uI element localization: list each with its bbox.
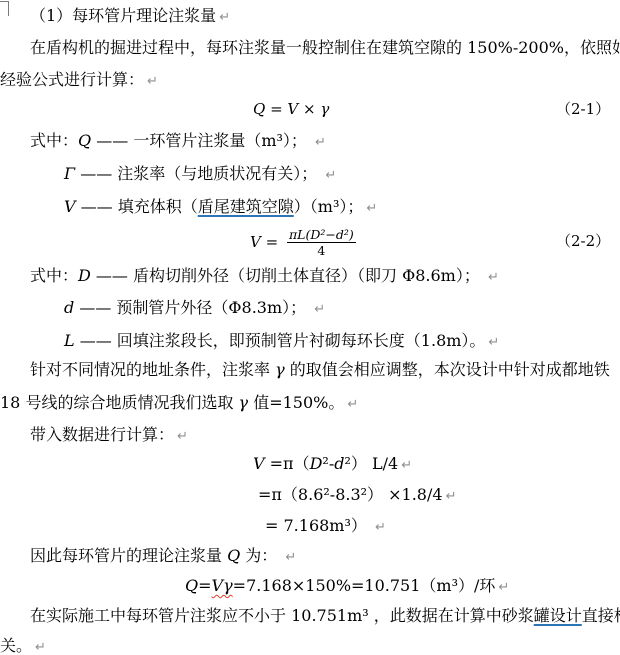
paragraph-line: 因此每环管片的理论注浆量 Q 为： ↵ (30, 545, 296, 569)
paragraph-line: 带入数据进行计算：↵ (30, 424, 188, 448)
paragraph-text: 值=150%。 (248, 393, 344, 412)
formula-2-1: Q = V × γ (253, 98, 329, 120)
paragraph-mark-icon: ↵ (446, 489, 457, 504)
section-heading: （1）每环管片理论注浆量↵ (30, 5, 230, 29)
formula-operator: × (298, 100, 320, 118)
definition-text: —— 回填注浆段长，即预制管片衬砌每环长度（1.8m）。 (75, 331, 486, 350)
formula-text: ²） L/4 (344, 454, 398, 473)
grammar-underlined-text: 盾尾建筑空隙 (198, 197, 294, 216)
paragraph-line: 关。↵ (0, 635, 46, 655)
formula-text: =7.168×150%=10.751（m³）/环 (233, 576, 496, 595)
definition-variable: Γ (64, 164, 75, 183)
equation-number: （2-1） (556, 98, 610, 119)
grammar-underlined-text: 罐设计 (534, 606, 582, 625)
fraction-numerator: πL(D²−d²) (287, 228, 356, 243)
formula-variable: V (287, 100, 298, 118)
definition-line: V —— 填充体积（盾尾建筑空隙）（m³）；↵ (64, 196, 377, 220)
formula-operator: = (261, 231, 283, 253)
paragraph-text: 关。 (0, 636, 32, 655)
paragraph-text: 带入数据进行计算： (30, 425, 174, 444)
paragraph-text: 的取值会相应调整，本次设计中针对成都地铁 (285, 360, 610, 379)
definition-text: —— 填充体积（ (76, 197, 198, 216)
definition-variable: V (64, 197, 76, 216)
definition-text: —— 注浆率（与地质状况有关）； (75, 164, 322, 183)
formula-variable: Q (253, 100, 265, 118)
heading-text: （1）每环管片理论注浆量 (30, 6, 216, 25)
definition-variable: D (78, 266, 91, 285)
paragraph-line: 经验公式进行计算：↵ (0, 69, 158, 93)
formula-operator: = (198, 576, 211, 595)
paragraph-mark-icon: ↵ (147, 74, 158, 89)
definition-text: ）（m³）； (294, 197, 364, 216)
result-formula-line: Q=Vγ=7.168×150%=10.751（m³）/环↵ (185, 575, 509, 599)
text-boundary-corner-mark (0, 1, 8, 2)
paragraph-text: 因此每环管片的理论注浆量 (30, 546, 227, 565)
inline-variable: Q (227, 546, 240, 565)
paragraph-mark-icon: ↵ (315, 135, 326, 150)
definition-text: —— 盾构切削外径（切削土体直径）（即刀 Φ8.6m）； (91, 266, 485, 285)
spellcheck-underlined-text: Vγ (212, 576, 233, 595)
inline-variable: γ (239, 393, 249, 412)
paragraph-text: 直接相 (582, 606, 620, 625)
paragraph-mark-icon: ↵ (219, 10, 230, 25)
formula-variable: Q (185, 576, 198, 595)
fraction: πL(D²−d²)4 (287, 228, 356, 257)
equation-number: （2-2） (556, 230, 610, 251)
calculation-line: V =π（D²-d²） L/4↵ (253, 453, 412, 477)
paragraph-line: 在实际施工中每环管片注浆应不小于 10.751m³ ，此数据在计算中砂浆罐设计直… (30, 605, 620, 627)
formula-operator: = (265, 100, 287, 118)
definition-line: 式中：Q —— 一环管片注浆量（m³）； ↵ (30, 130, 326, 154)
document-page: { "page": { "pilcrow": "↵", "accent_blue… (0, 0, 620, 655)
paragraph-line: 针对不同情况的地址条件，注浆率 γ 的取值会相应调整，本次设计中针对成都地铁 (30, 359, 610, 381)
paragraph-mark-icon: ↵ (366, 201, 377, 216)
formula-2-2: V = πL(D²−d²)4 (250, 226, 356, 258)
paragraph-mark-icon: ↵ (285, 550, 296, 565)
paragraph-mark-icon: ↵ (401, 458, 412, 473)
fraction-denominator: 4 (287, 243, 356, 257)
paragraph-mark-icon: ↵ (488, 270, 499, 285)
paragraph-text: 在实际施工中每环管片注浆应不小于 10.751m³ ，此数据在计算中砂浆 (30, 606, 534, 625)
paragraph-mark-icon: ↵ (347, 397, 358, 412)
paragraph-line: 18 号线的综合地质情况我们选取 γ 值=150%。↵ (0, 392, 358, 416)
definition-line: 式中：D —— 盾构切削外径（切削土体直径）（即刀 Φ8.6m）； ↵ (30, 265, 499, 289)
formula-variable: V (253, 454, 265, 473)
paragraph-mark-icon: ↵ (35, 640, 46, 655)
formula-variable: d (334, 454, 344, 473)
inline-variable: γ (275, 360, 285, 379)
definition-line: L —— 回填注浆段长，即预制管片衬砌每环长度（1.8m）。↵ (64, 330, 499, 354)
definition-text: —— 一环管片注浆量（m³）； (91, 131, 312, 150)
paragraph-text: 经验公式进行计算： (0, 70, 144, 89)
definition-text: —— 预制管片外径（Φ8.3m）； (74, 298, 311, 317)
formula-text: =π（ (265, 454, 310, 473)
formula-variable: γ (320, 100, 329, 118)
calculation-line: =π（8.6²-8.3²） ×1.8/4↵ (258, 484, 456, 508)
paragraph-text: 为： (240, 546, 282, 565)
paragraph-line: 在盾构机的掘进过程中，每环注浆量一般控制住在建筑空隙的 150%-200%，依照… (30, 37, 620, 59)
paragraph-mark-icon: ↵ (375, 520, 386, 535)
definition-prefix: 式中： (30, 131, 78, 150)
definition-variable: L (64, 331, 75, 350)
calculation-line: = 7.168m³） ↵ (265, 515, 386, 539)
paragraph-mark-icon: ↵ (314, 302, 325, 317)
formula-variable: V (250, 231, 261, 253)
formula-variable: D (310, 454, 323, 473)
paragraph-mark-icon: ↵ (488, 335, 499, 350)
paragraph-mark-icon: ↵ (325, 168, 336, 183)
paragraph-mark-icon: ↵ (498, 580, 509, 595)
text-boundary-corner-mark (8, 1, 9, 16)
formula-text: = 7.168m³） (265, 516, 372, 535)
paragraph-text: 18 号线的综合地质情况我们选取 (0, 393, 239, 412)
formula-text: =π（8.6²-8.3²） ×1.8/4 (258, 485, 443, 504)
paragraph-mark-icon: ↵ (177, 429, 188, 444)
paragraph-text: 针对不同情况的地址条件，注浆率 (30, 360, 275, 379)
definition-line: d —— 预制管片外径（Φ8.3m）； ↵ (64, 297, 325, 321)
definition-variable: d (64, 298, 74, 317)
definition-line: Γ —— 注浆率（与地质状况有关）； ↵ (64, 163, 336, 187)
definition-variable: Q (78, 131, 91, 150)
formula-text: ²- (322, 454, 334, 473)
paragraph-text: 在盾构机的掘进过程中，每环注浆量一般控制住在建筑空隙的 150%-200%，依照… (30, 38, 620, 57)
definition-prefix: 式中： (30, 266, 78, 285)
